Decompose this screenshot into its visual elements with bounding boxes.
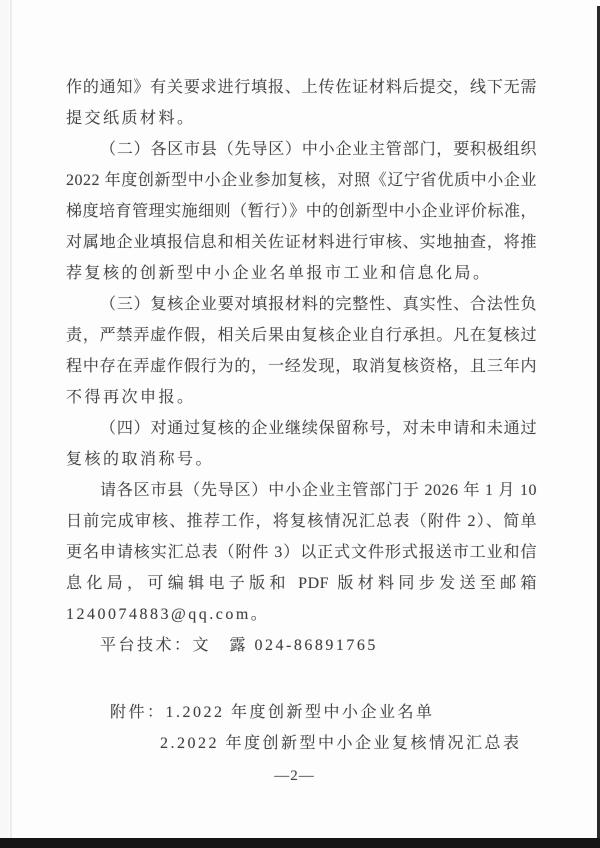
scan-edge-left-line (10, 0, 12, 838)
body-line: 日前完成审核、推荐工作，将复核情况汇总表（附件 2）、简单 (66, 506, 537, 537)
body-line: （二）各区市县（先导区）中小企业主管部门，要积极组织 (66, 134, 537, 165)
body-line: 复核的取消称号。 (66, 444, 537, 475)
body-line: （三）复核企业要对填报材料的完整性、真实性、合法性负 (66, 289, 537, 320)
attachments-list: 附件：1.2022 年度创新型中小企业名单 2.2022 年度创新型中小企业复核… (66, 697, 537, 759)
contact-line: 平台技术：文 露 024-86891765 (66, 630, 537, 661)
scanned-document-page: 作的通知》有关要求进行填报、上传佐证材料后提交，线下无需 提交纸质材料。 （二）… (0, 0, 600, 848)
body-line: 2022 年度创新型中小企业参加复核，对照《辽宁省优质中小企业 (66, 165, 537, 196)
body-line: （四）对通过复核的企业继续保留称号，对未申请和未通过 (66, 413, 537, 444)
body-line: 梯度培育管理实施细则（暂行）》中的创新型中小企业评价标准， (66, 196, 537, 227)
document-body: 作的通知》有关要求进行填报、上传佐证材料后提交，线下无需 提交纸质材料。 （二）… (66, 72, 537, 792)
body-line: 请各区市县（先导区）中小企业主管部门于 2026 年 1 月 10 (66, 475, 537, 506)
body-line: 息化局，可编辑电子版和 PDF 版材料同步发送至邮箱 (66, 568, 537, 599)
page-number: —2— (66, 761, 537, 792)
body-line: 不得再次申报。 (66, 382, 537, 413)
scan-edge-left-band (0, 0, 9, 848)
attachment-line: 2.2022 年度创新型中小企业复核情况汇总表 (66, 728, 537, 759)
scan-edge-bottom-bar (0, 838, 600, 848)
attachment-line: 附件：1.2022 年度创新型中小企业名单 (66, 697, 537, 728)
body-line: 提交纸质材料。 (66, 103, 537, 134)
body-line: 程中存在弄虚作假行为的，一经发现，取消复核资格，且三年内 (66, 351, 537, 382)
body-line: 责，严禁弄虚作假，相关后果由复核企业自行承担。凡在复核过 (66, 320, 537, 351)
body-line: 荐复核的创新型中小企业名单报市工业和信息化局。 (66, 258, 537, 289)
body-line: 1240074883@qq.com。 (66, 599, 537, 630)
body-line: 作的通知》有关要求进行填报、上传佐证材料后提交，线下无需 (66, 72, 537, 103)
body-line: 对属地企业填报信息和相关佐证材料进行审核、实地抽查，将推 (66, 227, 537, 258)
body-line: 更名申请核实汇总表（附件 3）以正式文件形式报送市工业和信 (66, 537, 537, 568)
